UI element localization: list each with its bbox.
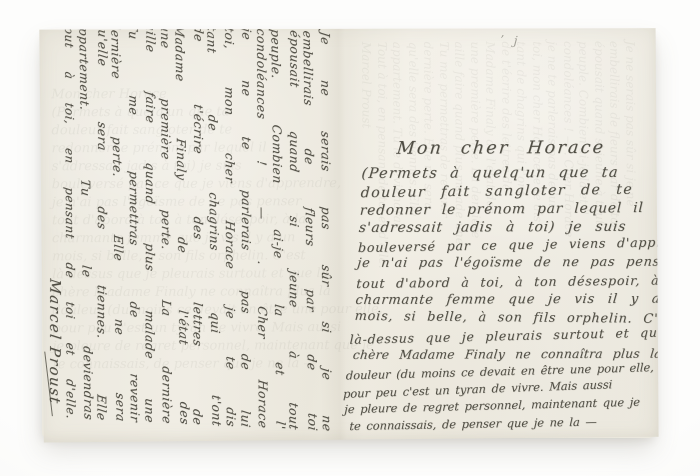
left-page-line-12: aille faire quand plus malade une xyxy=(141,22,158,424)
right-page-line-8: tout d'abord à toi, à ton désespoir, à l… xyxy=(356,271,657,293)
left-page-line-6: je ne te parlerais pas de lui xyxy=(237,27,254,429)
left-page-line-15: qu'elle sera des tiennes. Elle xyxy=(93,20,110,422)
left-page-handwriting: Je ne serais pas sûr si je neembellirais… xyxy=(45,18,335,432)
right-page-line-7: je n'ai pas l'égoïsme de ne pas penser xyxy=(356,254,658,273)
left-page-line-3: épousait quand si jeune à tout xyxy=(285,29,302,431)
left-page-line-9: de t'écrire des lettres de xyxy=(189,25,206,427)
letter-sheet: Mon cher Horace(Permets à quelq'un que t… xyxy=(37,26,659,444)
left-page-line-18: Marcel Proust xyxy=(46,178,63,424)
right-page-handwriting: Mon cher Horace(Permets à quelq'un que t… xyxy=(349,136,663,433)
left-page-line-17: Tout à toi, en pensant de toi et d'elle. xyxy=(61,18,79,420)
left-page-line-11: une première perte. La dernière xyxy=(157,23,175,425)
left-page-line-5: condoléances ! — . Cher Horace xyxy=(253,28,271,430)
stray-ink-mark: ’ j xyxy=(500,33,521,48)
right-page-line-9: charmante femme que je vis il y a un xyxy=(355,290,657,309)
photo-backdrop: { "scene": { "description": "Photograph … xyxy=(0,0,700,476)
right-page-line-1: Mon cher Horace xyxy=(396,136,664,161)
